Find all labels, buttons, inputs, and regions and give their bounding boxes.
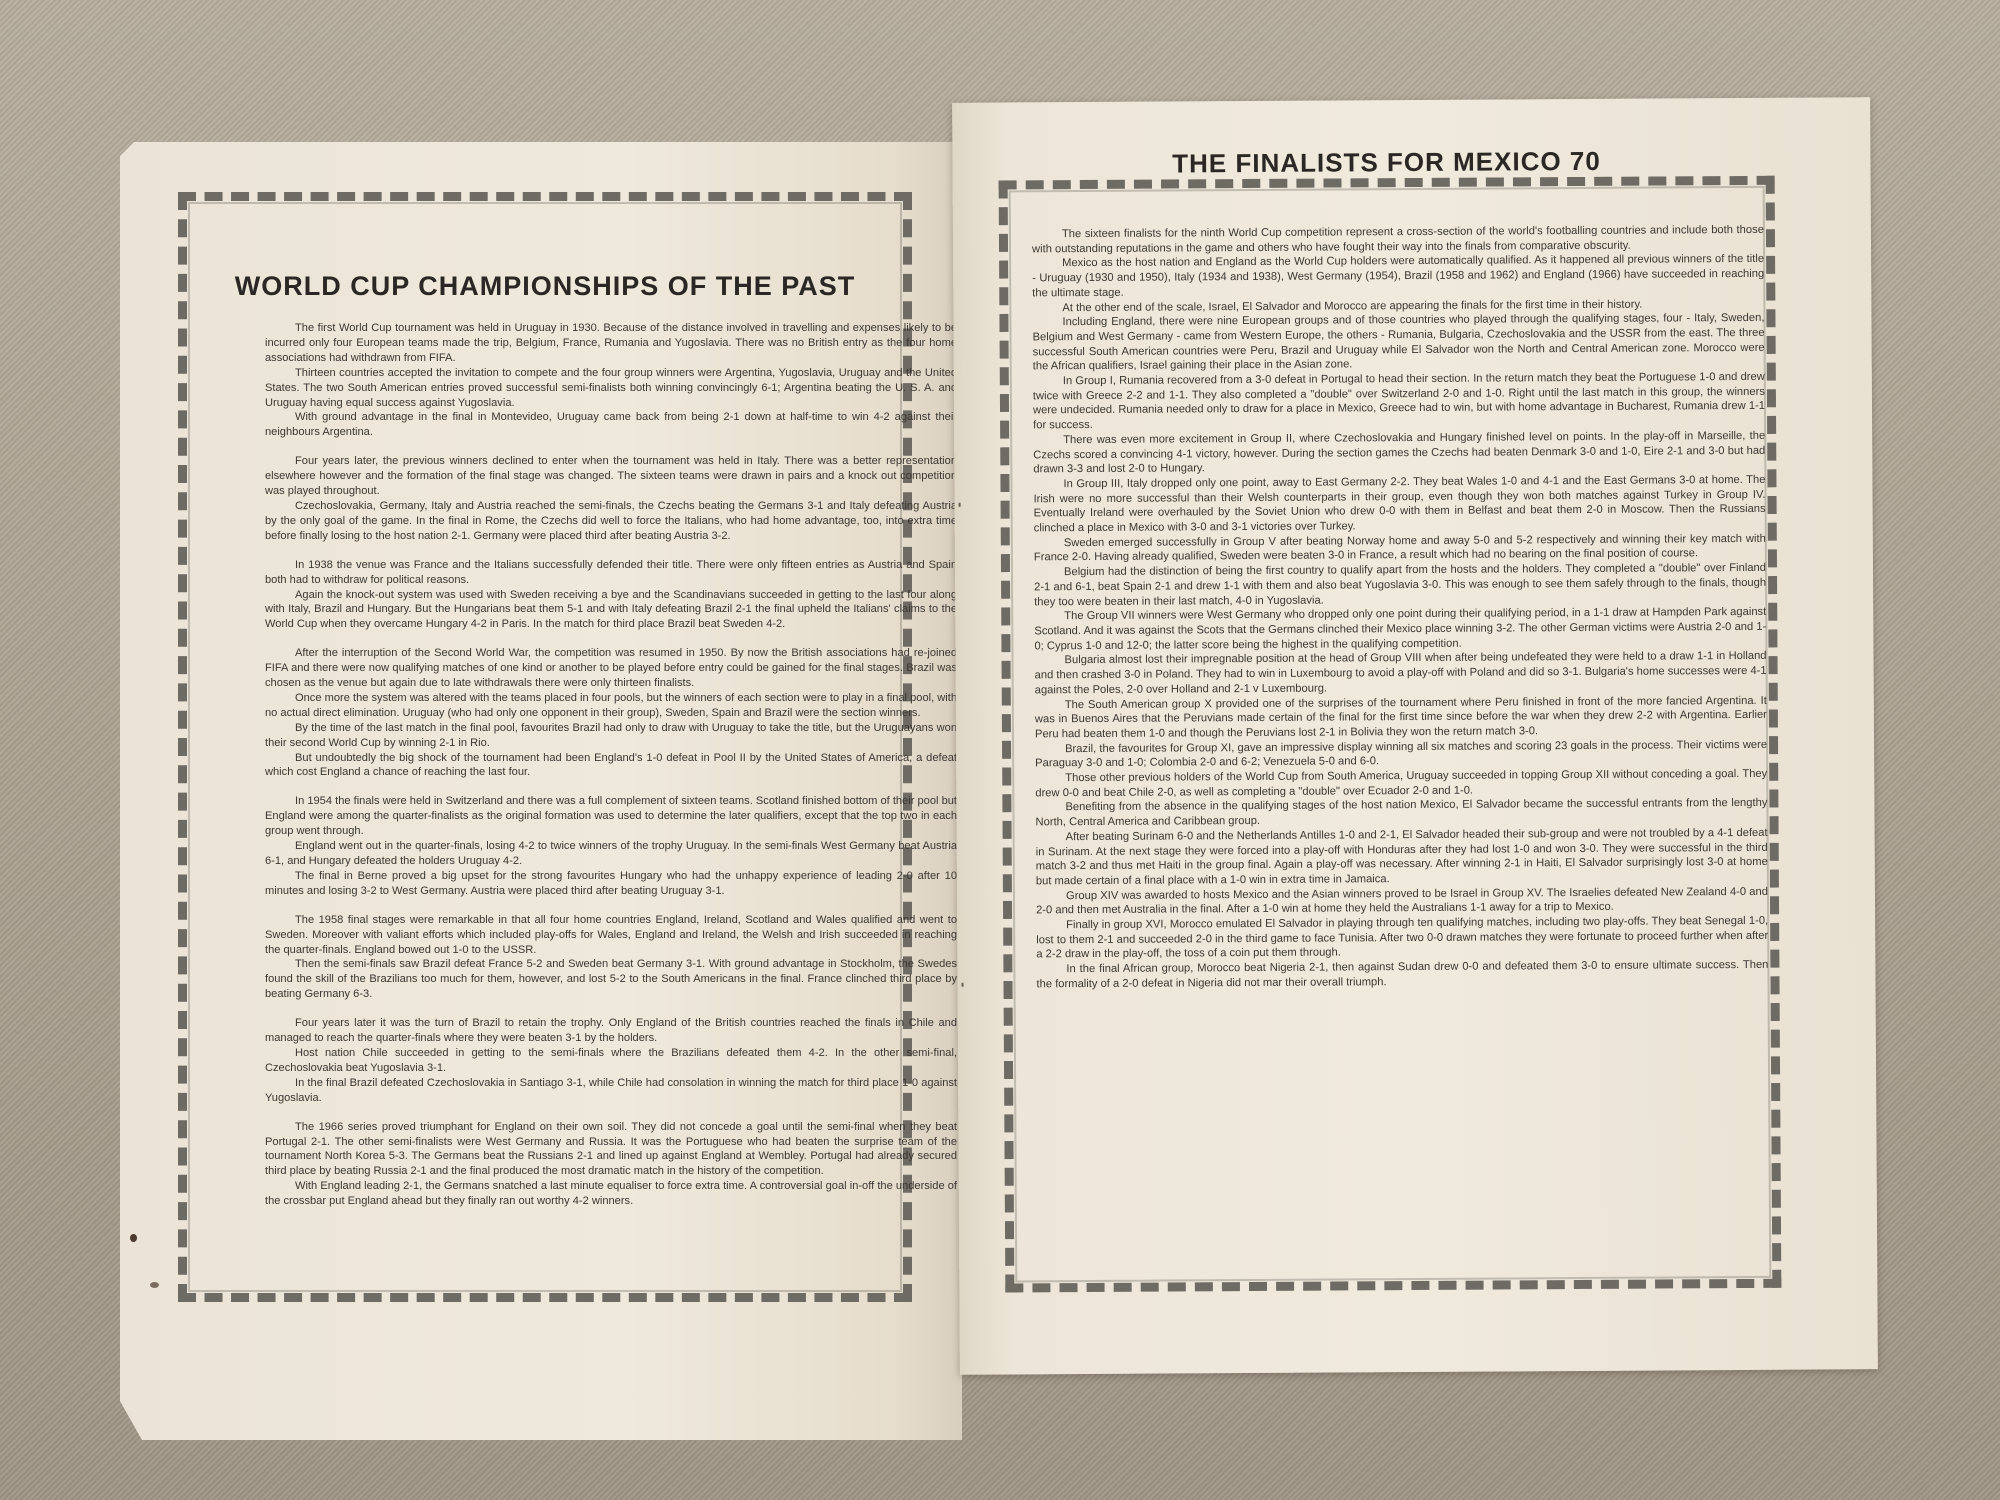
paragraph: Thirteen countries accepted the invitati… [265, 366, 957, 411]
paragraph: Again the knock-out system was used with… [265, 588, 957, 633]
paragraph: By the time of the last match in the fin… [265, 721, 957, 751]
paragraph: Once more the system was altered with th… [265, 691, 957, 721]
ornamental-border: THE FINALISTS FOR MEXICO 70 The sixteen … [999, 176, 1782, 1293]
paragraph: In Group III, Italy dropped only one poi… [1033, 473, 1765, 536]
paragraph: Group XIV was awarded to hosts Mexico an… [1036, 884, 1768, 918]
paragraph: The sixteen finalists for the ninth Worl… [1032, 223, 1764, 257]
paragraph: The first World Cup tournament was held … [265, 321, 957, 366]
paragraph: In 1938 the venue was France and the Ita… [265, 558, 957, 588]
paragraph: In the final Brazil defeated Czechoslova… [265, 1076, 957, 1106]
paragraph: Bulgaria almost lost their impregnable p… [1034, 649, 1766, 698]
paragraph: Those other previous holders of the Worl… [1035, 767, 1767, 801]
stain-mark [150, 1282, 159, 1288]
paragraph: Then the semi-finals saw Brazil defeat F… [265, 957, 957, 1002]
paragraph: Czechoslovakia, Germany, Italy and Austr… [265, 499, 957, 544]
paragraph: The final in Berne proved a big upset fo… [265, 869, 957, 899]
paragraph: Benefiting from the absence in the quali… [1035, 796, 1767, 830]
paragraph: The South American group X provided one … [1035, 693, 1767, 742]
stain-mark [130, 1234, 137, 1242]
paragraph: Four years later, the previous winners d… [265, 454, 957, 499]
paragraph: There was even more excitement in Group … [1033, 429, 1765, 478]
paragraph: England went out in the quarter-finals, … [265, 839, 957, 869]
staple-hole [961, 983, 963, 987]
paragraph: Host nation Chile succeeded in getting t… [265, 1046, 957, 1076]
page-title: THE FINALISTS FOR MEXICO 70 [1007, 145, 1765, 181]
paragraph: Mexico as the host nation and England as… [1032, 252, 1764, 301]
paragraph: After beating Surinam 6-0 and the Nether… [1036, 826, 1768, 889]
paragraph: Brazil, the favourites for Group XI, gav… [1035, 737, 1767, 771]
paragraph: The Group VII winners were West Germany … [1034, 605, 1766, 654]
left-page: WORLD CUP CHAMPIONSHIPS OF THE PAST The … [120, 142, 962, 1440]
paragraph: The 1966 series proved triumphant for En… [265, 1120, 957, 1180]
right-page: THE FINALISTS FOR MEXICO 70 The sixteen … [952, 97, 1878, 1375]
article-body: The sixteen finalists for the ninth Worl… [1032, 223, 1769, 992]
paragraph: Belgium had the distinction of being the… [1034, 561, 1766, 610]
page-title: WORLD CUP CHAMPIONSHIPS OF THE PAST [187, 271, 903, 302]
staple-hole [959, 503, 961, 507]
paragraph: Four years later it was the turn of Braz… [265, 1016, 957, 1046]
paragraph: The 1958 final stages were remarkable in… [265, 913, 957, 958]
paragraph: With ground advantage in the final in Mo… [265, 410, 957, 440]
article-body: The first World Cup tournament was held … [265, 321, 957, 1209]
paragraph: In the final African group, Morocco beat… [1036, 958, 1768, 992]
paragraph: In 1954 the finals were held in Switzerl… [265, 794, 957, 839]
paragraph: With England leading 2-1, the Germans sn… [265, 1179, 957, 1209]
paragraph: After the interruption of the Second Wor… [265, 646, 957, 691]
paragraph: Sweden emerged successfully in Group V a… [1034, 532, 1766, 566]
paragraph: In Group I, Rumania recovered from a 3-0… [1033, 370, 1765, 433]
paragraph: Finally in group XVI, Morocco emulated E… [1036, 914, 1768, 963]
paragraph: Including England, there were nine Europ… [1032, 311, 1764, 374]
ornamental-border: WORLD CUP CHAMPIONSHIPS OF THE PAST The … [178, 192, 912, 1302]
paragraph: But undoubtedly the big shock of the tou… [265, 751, 957, 781]
